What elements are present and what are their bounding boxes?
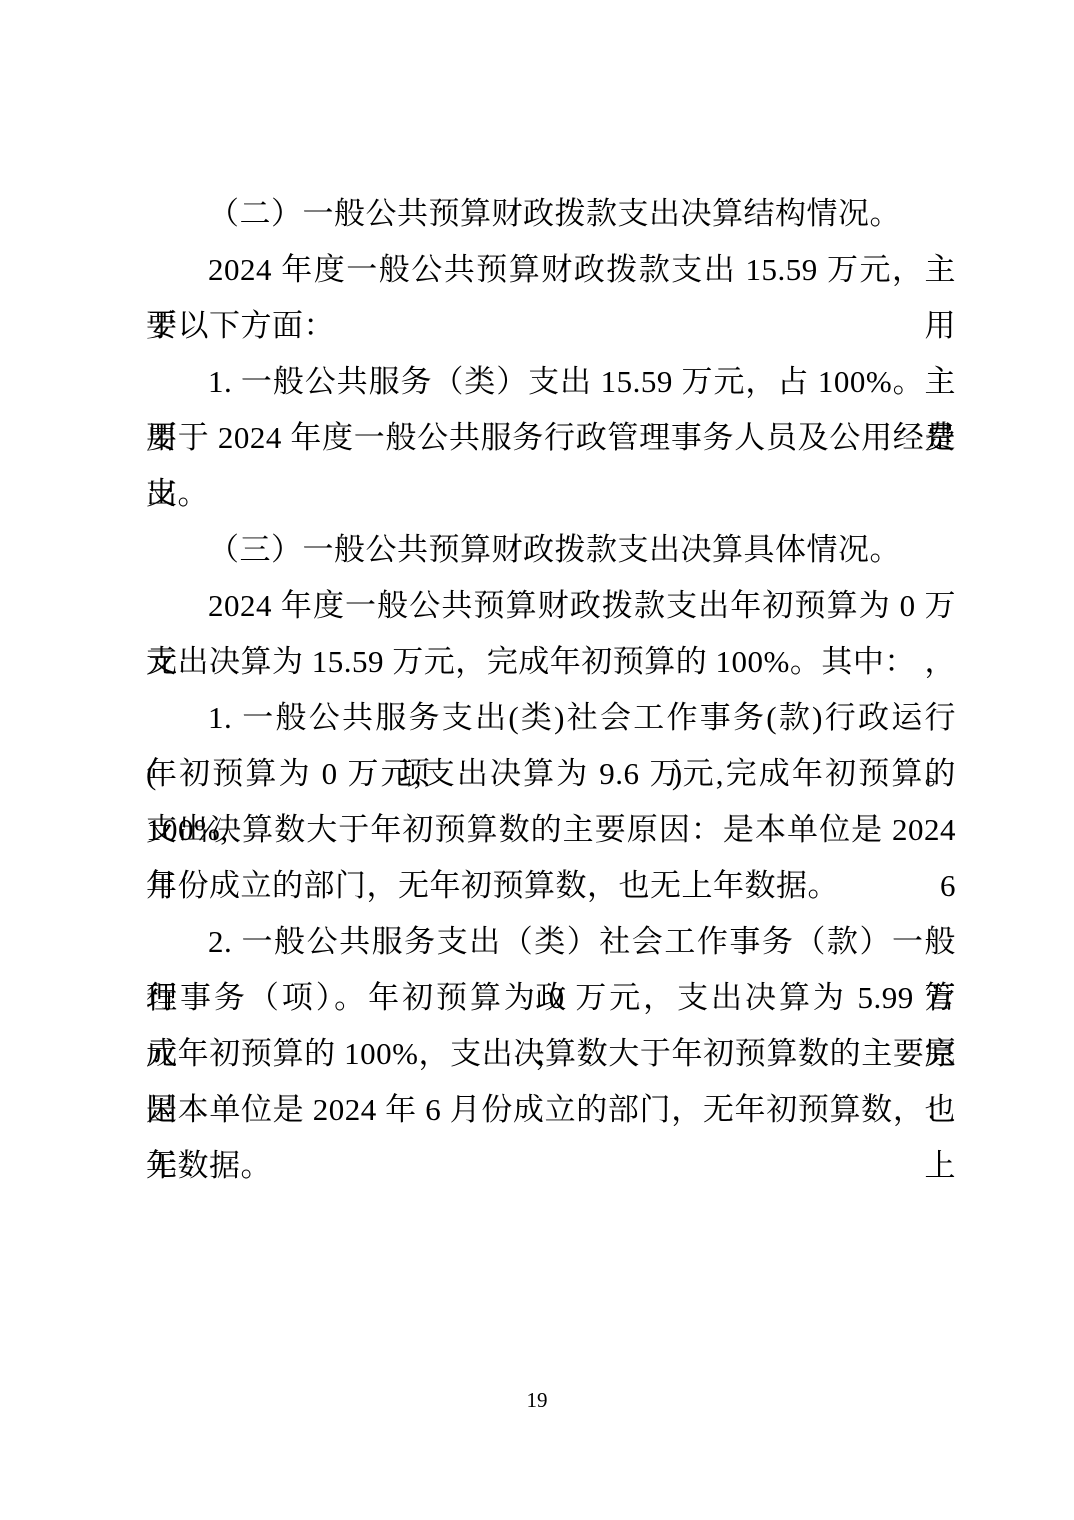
heading-section-2-line-1: （二）一般公共预算财政拨款支出决算结构情况。 [146, 186, 956, 242]
para-detail-2-general-admin-affairs-line-1: 2. 一般公共服务支出（类）社会工作事务（款）一般行政管 [146, 914, 956, 970]
document-page: （二）一般公共预算财政拨款支出决算结构情况。2024 年度一般公共预算财政拨款支… [0, 0, 1074, 1520]
para-detail-2-general-admin-affairs-line-3: 成年初预算的 100%，支出决算数大于年初预算数的主要原因： [146, 1026, 956, 1082]
para-item-1-general-public-services-line-3: 出。 [146, 466, 956, 522]
para-item-1-general-public-services-line-1: 1. 一般公共服务（类）支出 15.59 万元，占 100%。主要是 [146, 354, 956, 410]
para-detail-1-administrative-operation-line-1: 1. 一般公共服务支出(类)社会工作事务(款)行政运行(项)。 [146, 690, 956, 746]
para-budget-vs-final-line-2: 支出决算为 15.59 万元，完成年初预算的 100%。其中： [146, 634, 956, 690]
para-detail-1-administrative-operation-line-3: 支出决算数大于年初预算数的主要原因：是本单位是 2024 年 6 [146, 802, 956, 858]
para-detail-1-administrative-operation-line-2: 年初预算为 0 万元,支出决算为 9.6 万元,完成年初预算的 100%, [146, 746, 956, 802]
para-detail-2-general-admin-affairs-line-2: 理事务（项）。年初预算为 0 万元，支出决算为 5.99 万元，完 [146, 970, 956, 1026]
heading-section-3-line-1: （三）一般公共预算财政拨款支出决算具体情况。 [146, 522, 956, 578]
document-body: （二）一般公共预算财政拨款支出决算结构情况。2024 年度一般公共预算财政拨款支… [146, 186, 956, 1194]
para-budget-vs-final-line-1: 2024 年度一般公共预算财政拨款支出年初预算为 0 万元， [146, 578, 956, 634]
para-detail-2-general-admin-affairs-line-4: 是本单位是 2024 年 6 月份成立的部门，无年初预算数，也无上 [146, 1082, 956, 1138]
para-detail-1-administrative-operation-line-4: 月份成立的部门，无年初预算数，也无上年数据。 [146, 858, 956, 914]
page-number: 19 [0, 1386, 1074, 1414]
para-item-1-general-public-services-line-2: 用于 2024 年度一般公共服务行政管理事务人员及公用经费支 [146, 410, 956, 466]
para-expenditure-total-line-1: 2024 年度一般公共预算财政拨款支出 15.59 万元，主要用 [146, 242, 956, 298]
